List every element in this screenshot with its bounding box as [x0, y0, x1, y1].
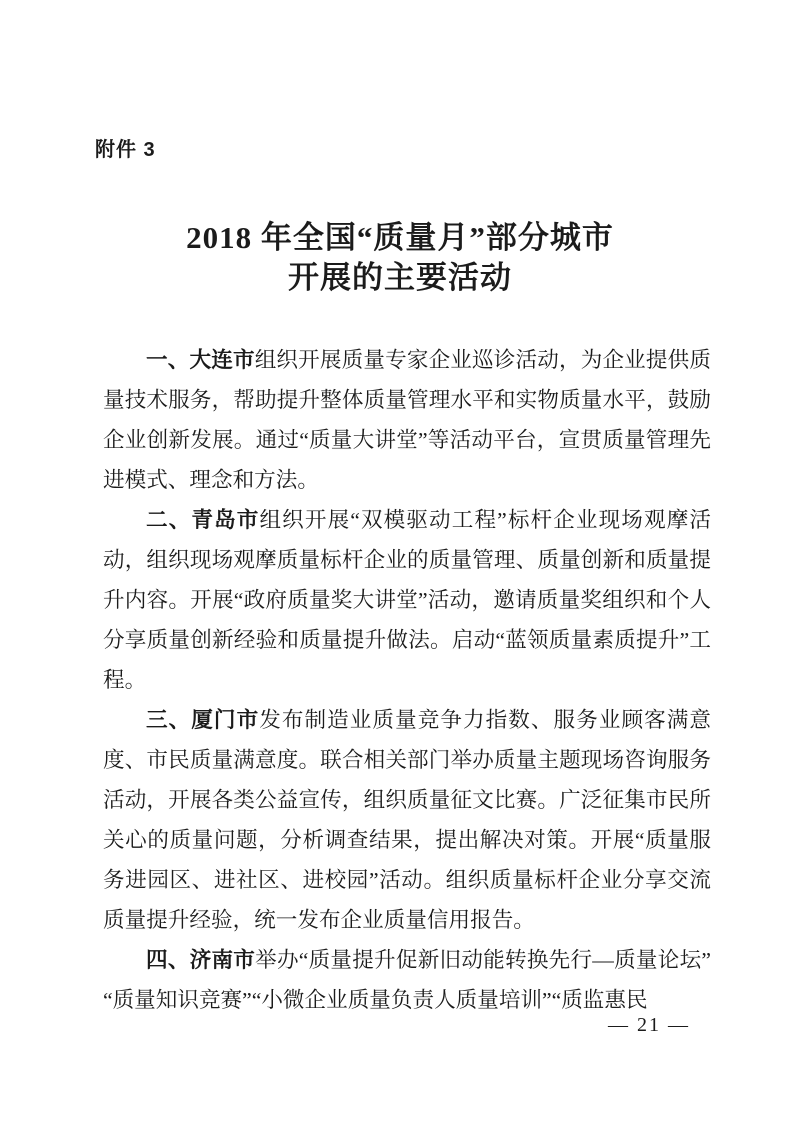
document-page: 附件 3 2018 年全国“质量月”部分城市 开展的主要活动 一、大连市组织开展…	[0, 0, 800, 1146]
paragraph-text-qingdao: 组织开展“双模驱动工程”标杆企业现场观摩活动，组织现场观摩质量标杆企业的质量管理…	[103, 508, 711, 692]
document-title-line2: 开展的主要活动	[288, 260, 512, 295]
attachment-label: 附件 3	[95, 136, 156, 164]
paragraph-xiamen: 三、厦门市发布制造业质量竞争力指数、服务业顾客满意度、市民质量满意度。联合相关部…	[103, 700, 711, 940]
document-title-line1: 2018 年全国“质量月”部分城市	[186, 220, 614, 255]
paragraph-dalian: 一、大连市组织开展质量专家企业巡诊活动，为企业提供质量技术服务，帮助提升整体质量…	[103, 340, 711, 500]
paragraph-jinan: 四、济南市举办“质量提升促新旧动能转换先行—质量论坛”“质量知识竞赛”“小微企业…	[103, 940, 711, 1020]
paragraph-leader-qingdao: 二、青岛市	[146, 507, 259, 532]
paragraph-leader-dalian: 一、大连市	[146, 347, 255, 372]
paragraph-leader-jinan: 四、济南市	[146, 947, 255, 972]
document-title: 2018 年全国“质量月”部分城市 开展的主要活动	[0, 218, 800, 298]
paragraph-leader-xiamen: 三、厦门市	[146, 707, 259, 732]
document-body: 一、大连市组织开展质量专家企业巡诊活动，为企业提供质量技术服务，帮助提升整体质量…	[103, 340, 711, 1020]
paragraph-qingdao: 二、青岛市组织开展“双模驱动工程”标杆企业现场观摩活动，组织现场观摩质量标杆企业…	[103, 500, 711, 700]
paragraph-text-xiamen: 发布制造业质量竞争力指数、服务业顾客满意度、市民质量满意度。联合相关部门举办质量…	[103, 708, 711, 932]
page-number: — 21 —	[608, 1010, 690, 1040]
